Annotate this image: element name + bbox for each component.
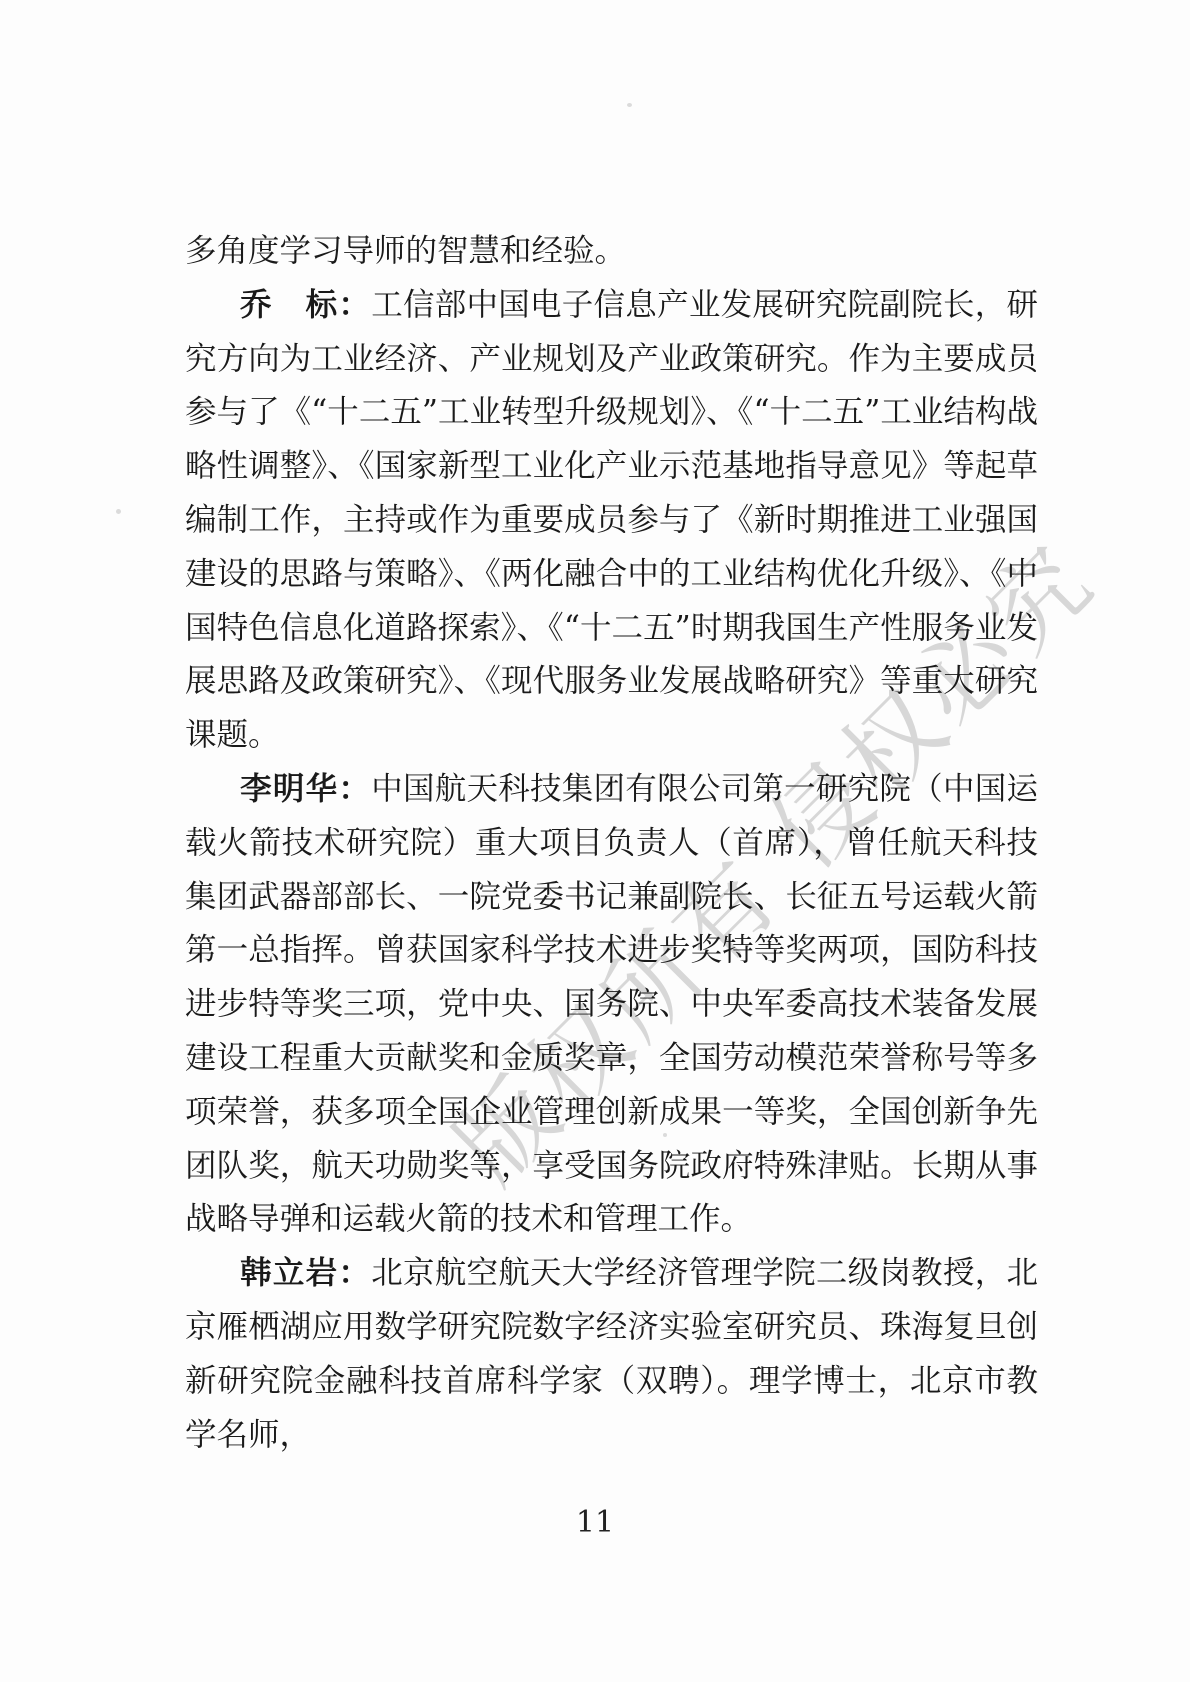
paragraph-text: 中国航天科技集团有限公司第一研究院（中国运载火箭技术研究院）重大项目负责人（首席… xyxy=(185,771,1038,1237)
page-content: 多角度学习导师的智慧和经验。 乔 标：工信部中国电子信息产业发展研究院副院长，研… xyxy=(185,225,1038,1462)
paragraph-li-minghua: 李明华：中国航天科技集团有限公司第一研究院（中国运载火箭技术研究院）重大项目负责… xyxy=(185,763,1038,1247)
paragraph-han-liyan: 韩立岩：北京航空航天大学经济管理学院二级岗教授，北京雁栖湖应用数学研究院数字经济… xyxy=(185,1247,1038,1462)
paragraph-text: 工信部中国电子信息产业发展研究院副院长，研究方向为工业经济、产业规划及产业政策研… xyxy=(185,287,1038,753)
person-name: 乔 标： xyxy=(240,287,371,323)
paragraph-text: 多角度学习导师的智慧和经验。 xyxy=(185,233,626,269)
scan-speck xyxy=(627,103,632,107)
scan-speck xyxy=(116,509,121,514)
page-number: 11 xyxy=(0,1505,1190,1540)
paragraph-continuation: 多角度学习导师的智慧和经验。 xyxy=(185,225,1038,279)
document-page: 版权所有 侵权必究 多角度学习导师的智慧和经验。 乔 标：工信部中国电子信息产业… xyxy=(0,0,1190,1682)
person-name: 李明华： xyxy=(240,771,371,807)
person-name: 韩立岩： xyxy=(240,1255,371,1291)
paragraph-qiao-biao: 乔 标：工信部中国电子信息产业发展研究院副院长，研究方向为工业经济、产业规划及产… xyxy=(185,279,1038,763)
